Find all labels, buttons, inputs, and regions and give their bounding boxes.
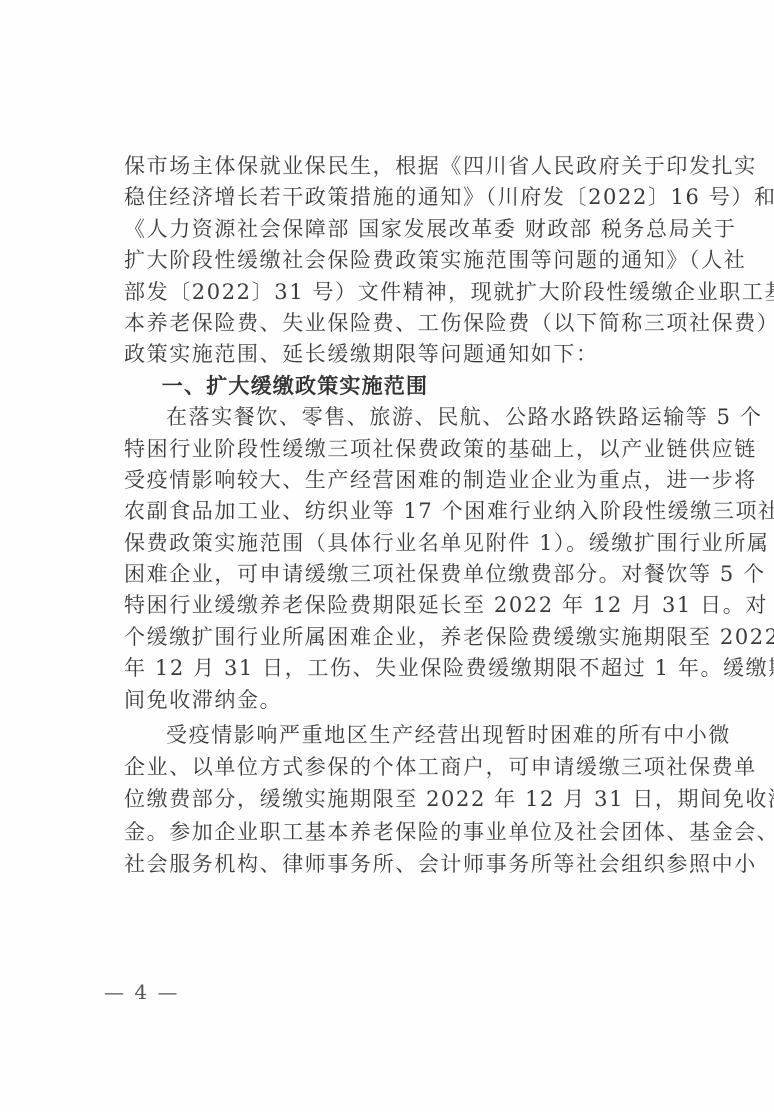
text-line: 部发〔2022〕31 号）文件精神，现就扩大阶段性缓缴企业职工基	[124, 277, 634, 308]
text-line: 企业、以单位方式参保的个体工商户，可申请缓缴三项社保费单	[124, 751, 634, 783]
document-body: 保市场主体保就业保民生，根据《四川省人民政府关于印发扎实 稳住经济增长若干政策措…	[124, 151, 634, 880]
page-number: — 4 —	[104, 980, 179, 1004]
intro-paragraph: 保市场主体保就业保民生，根据《四川省人民政府关于印发扎实 稳住经济增长若干政策措…	[124, 151, 634, 371]
text-line: 特困行业阶段性缓缴三项社保费政策的基础上，以产业链供应链	[124, 434, 634, 465]
text-line: 年 12 月 31 日，工伤、失业保险费缓缴期限不超过 1 年。缓缴期	[124, 653, 634, 684]
text-line: 社会服务机构、律师事务所、会计师事务所等社会组织参照中小	[124, 848, 634, 880]
text-line: 农副食品加工业、纺织业等 17 个困难行业纳入阶段性缓缴三项社	[124, 496, 634, 527]
text-line: 间免收滞纳金。	[124, 685, 634, 716]
text-line: 政策实施范围、延长缓缴期限等问题通知如下：	[124, 339, 634, 370]
text-line: 稳住经济增长若干政策措施的通知》（川府发〔2022〕16 号）和	[124, 182, 634, 213]
text-line: 本养老保险费、失业保险费、工伤保险费（以下简称三项社保费）	[124, 308, 634, 339]
text-line: 保市场主体保就业保民生，根据《四川省人民政府关于印发扎实	[124, 151, 634, 182]
text-line: 保费政策实施范围（具体行业名单见附件 1）。缓缴扩围行业所属	[124, 528, 634, 559]
document-page: 保市场主体保就业保民生，根据《四川省人民政府关于印发扎实 稳住经济增长若干政策措…	[0, 0, 774, 1112]
text-line: 受疫情影响较大、生产经营困难的制造业企业为重点，进一步将	[124, 465, 634, 496]
paragraph-smes: 受疫情影响严重地区生产经营出现暂时困难的所有中小微 企业、以单位方式参保的个体工…	[124, 719, 634, 880]
text-line: 个缓缴扩围行业所属困难企业，养老保险费缓缴实施期限至 2022	[124, 622, 634, 653]
text-line: 位缴费部分，缓缴实施期限至 2022 年 12 月 31 日，期间免收滞纳	[124, 783, 634, 815]
paragraph-expand-scope: 在落实餐饮、零售、旅游、民航、公路水路铁路运输等 5 个 特困行业阶段性缓缴三项…	[124, 402, 634, 716]
text-line: 金。参加企业职工基本养老保险的事业单位及社会团体、基金会、	[124, 816, 634, 848]
text-line: 困难企业，可申请缓缴三项社保费单位缴费部分。对餐饮等 5 个	[124, 559, 634, 590]
text-line: 受疫情影响严重地区生产经营出现暂时困难的所有中小微	[124, 719, 634, 751]
text-line: 扩大阶段性缓缴社会保险费政策实施范围等问题的通知》（人社	[124, 245, 634, 276]
text-line: 《人力资源社会保障部 国家发展改革委 财政部 税务总局关于	[124, 214, 634, 245]
text-line: 特困行业缓缴养老保险费期限延长至 2022 年 12 月 31 日。对 17	[124, 590, 634, 621]
section-heading: 一、扩大缓缴政策实施范围	[124, 371, 634, 402]
text-line: 在落实餐饮、零售、旅游、民航、公路水路铁路运输等 5 个	[124, 402, 634, 433]
